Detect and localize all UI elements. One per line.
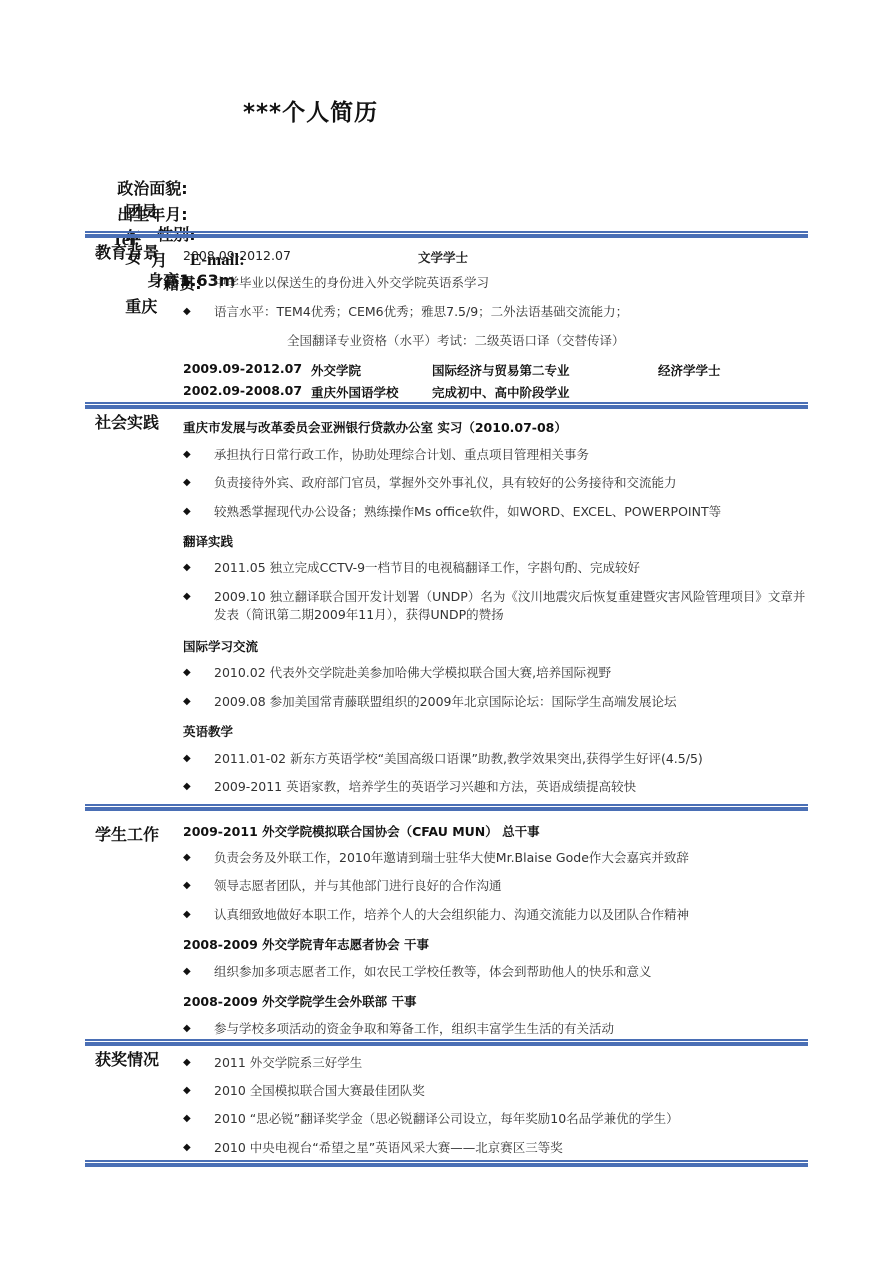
section-divider: [85, 804, 808, 810]
list-item-continuation: 全国翻译专业资格（水平）考试：二级英语口译（交替传译）: [287, 331, 625, 349]
section-label-practice: 社会实践: [95, 410, 159, 433]
diamond-bullet-icon: ◆: [183, 474, 191, 492]
section-label-student-work: 学生工作: [95, 822, 159, 845]
diamond-bullet-icon: ◆: [183, 963, 191, 981]
student-work-heading: 2008-2009 外交学院学生会外联部 干事: [183, 992, 416, 1010]
diamond-bullet-icon: ◆: [183, 693, 191, 711]
diamond-bullet-icon: ◆: [183, 274, 191, 292]
diamond-bullet-icon: ◆: [183, 1110, 191, 1128]
diamond-bullet-icon: ◆: [183, 849, 191, 867]
diamond-bullet-icon: ◆: [183, 750, 191, 768]
origin-value: 重庆: [125, 294, 157, 317]
diamond-bullet-icon: ◆: [183, 559, 191, 577]
section-label-awards: 获奖情况: [95, 1047, 159, 1070]
diamond-bullet-icon: ◆: [183, 1139, 191, 1157]
subsection-heading-exchange: 国际学习交流: [183, 637, 258, 655]
diamond-bullet-icon: ◆: [183, 503, 191, 521]
section-divider: [85, 1039, 808, 1045]
student-work-heading: 2009-2011 外交学院模拟联合国协会（CFAU MUN） 总干事: [183, 822, 540, 840]
diamond-bullet-icon: ◆: [183, 778, 191, 796]
subsection-heading-teaching: 英语教学: [183, 722, 233, 740]
diamond-bullet-icon: ◆: [183, 1054, 191, 1072]
student-work-heading: 2008-2009 外交学院青年志愿者协会 干事: [183, 935, 429, 953]
diamond-bullet-icon: ◆: [183, 1082, 191, 1100]
diamond-bullet-icon: ◆: [183, 303, 191, 321]
section-divider: [85, 1160, 808, 1166]
diamond-bullet-icon: ◆: [183, 588, 191, 606]
resume-page: ***个人简历 政治面貌: 团员 性别: 女 身高1.63m 出生年月: 年 月…: [0, 0, 893, 1263]
subsection-heading-translation: 翻译实践: [183, 532, 233, 550]
diamond-bullet-icon: ◆: [183, 664, 191, 682]
education-date: 2008.09-2012.07: [183, 248, 291, 263]
section-divider: [85, 231, 808, 237]
diamond-bullet-icon: ◆: [183, 446, 191, 464]
diamond-bullet-icon: ◆: [183, 906, 191, 924]
section-divider: [85, 402, 808, 408]
page-title: ***个人简历: [243, 94, 378, 127]
diamond-bullet-icon: ◆: [183, 877, 191, 895]
education-degree: 文学学士: [418, 248, 468, 266]
diamond-bullet-icon: ◆: [183, 1020, 191, 1038]
practice-heading: 重庆市发展与改革委员会亚洲银行贷款办公室 实习（2010.07-08）: [183, 418, 567, 436]
section-label-education: 教育背景: [95, 240, 159, 263]
